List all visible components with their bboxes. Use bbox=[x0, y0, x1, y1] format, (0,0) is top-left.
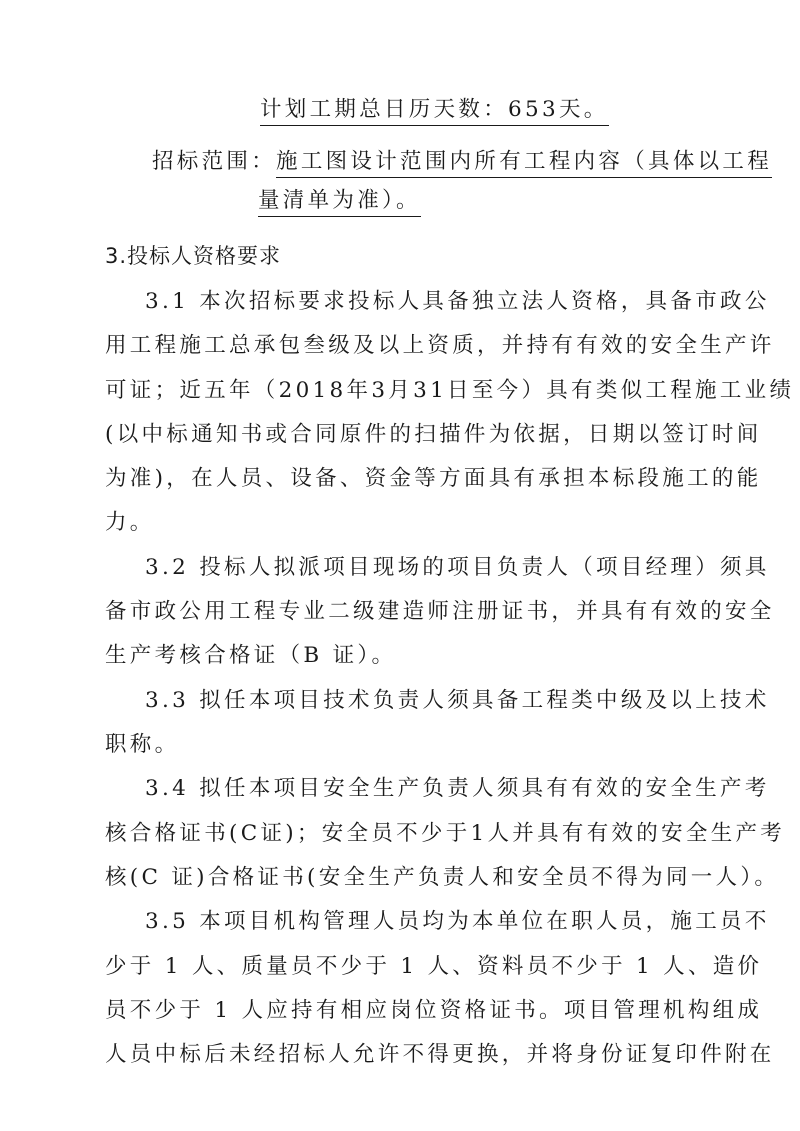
paragraph-line: 备市政公用工程专业二级建造师注册证书，并具有有效的安全 bbox=[105, 601, 775, 623]
paragraph-line: 核合格证书(C证)；安全员不少于1人并具有有效的安全生产考 bbox=[105, 823, 785, 845]
paragraph-line: 为准)，在人员、设备、资金等方面具有承担本标段施工的能 bbox=[105, 468, 762, 490]
scope-text-line2: 量清单为准）。 bbox=[258, 188, 421, 217]
scope-row-2: 量清单为准）。 bbox=[258, 190, 421, 212]
paragraph-line: 3.5 本项目机构管理人员均为本单位在职人员，施工员不 bbox=[145, 911, 770, 933]
paragraph-line: 3.3 拟任本项目技术负责人须具备工程类中级及以上技术 bbox=[145, 690, 770, 712]
paragraph-line: 3.4 拟任本项目安全生产负责人须具有有效的安全生产考 bbox=[145, 778, 770, 800]
paragraph-line: 生产考核合格证（B 证）。 bbox=[105, 645, 396, 667]
paragraph-line: 职称。 bbox=[105, 734, 179, 756]
schedule-line: 计划工期总日历天数：653天。 bbox=[260, 99, 609, 121]
paragraph-line: 3.2 投标人拟派项目现场的项目负责人（项目经理）须具 bbox=[145, 557, 770, 579]
paragraph-line: 3.1 本次招标要求投标人具备独立法人资格，具备市政公 bbox=[145, 291, 770, 313]
paragraph-line: 用工程施工总承包叁级及以上资质，并持有有效的安全生产许 bbox=[105, 335, 775, 357]
paragraph-line: 核(C 证)合格证书(安全生产负责人和安全员不得为同一人）。 bbox=[105, 867, 779, 889]
paragraph-line: 人员中标后未经招标人允许不得更换，并将身份证复印件附在 bbox=[105, 1044, 775, 1066]
paragraph-line: 力。 bbox=[105, 512, 155, 534]
paragraph-line: 少于 1 人、质量员不少于 1 人、资料员不少于 1 人、造价 bbox=[105, 956, 762, 978]
scope-text-line1: 施工图设计范围内所有工程内容（具体以工程 bbox=[276, 149, 772, 178]
scope-row: 招标范围：施工图设计范围内所有工程内容（具体以工程 bbox=[152, 151, 772, 173]
paragraph-line: 员不少于 1 人应持有相应岗位资格证书。项目管理机构组成 bbox=[105, 1000, 762, 1022]
section-heading: 3.投标人资格要求 bbox=[105, 246, 281, 267]
scope-label: 招标范围： bbox=[152, 149, 276, 174]
paragraph-line: (以中标通知书或合同原件的扫描件为依据，日期以签订时间 bbox=[105, 424, 762, 446]
paragraph-line: 可证；近五年（2018年3月31日至今）具有类似工程施工业绩 bbox=[105, 380, 794, 402]
